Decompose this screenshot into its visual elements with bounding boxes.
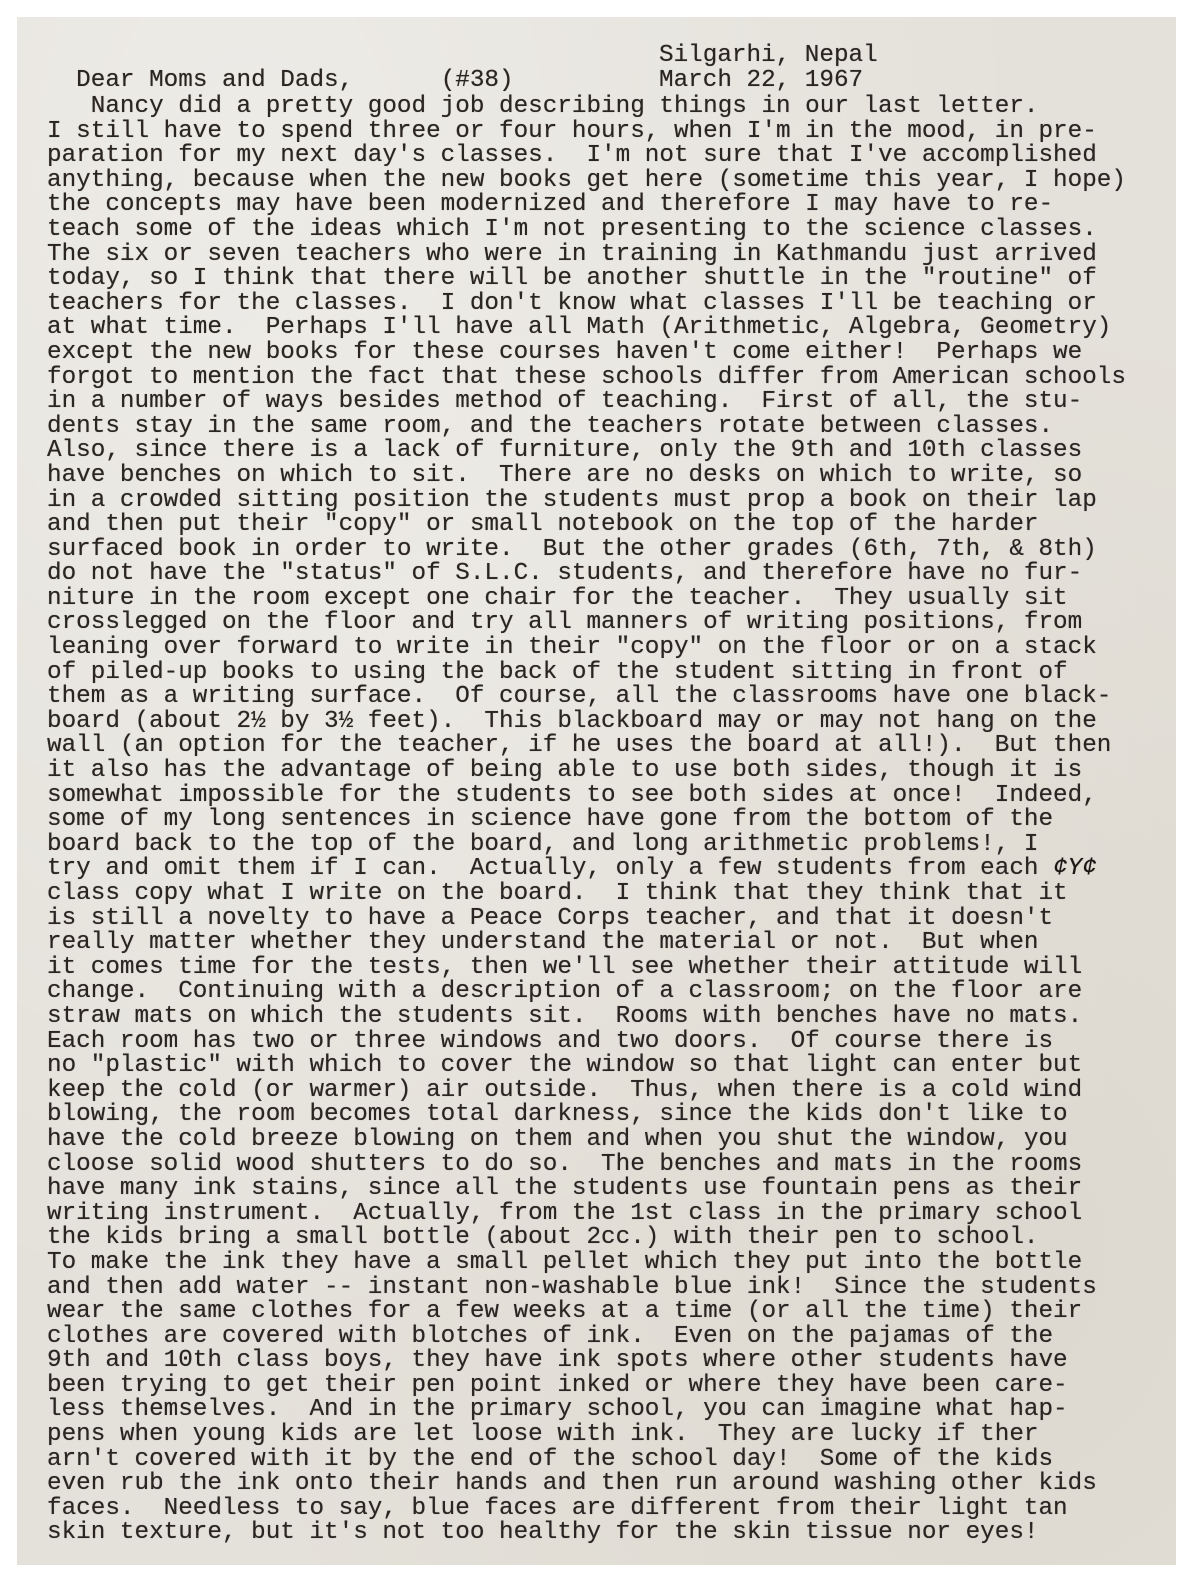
letter-line: class copy what I write on the board. I …	[47, 882, 1126, 907]
letter-line: been trying to get their pen point inked…	[47, 1374, 1126, 1399]
letter-line: and then add water -- instant non-washab…	[47, 1276, 1126, 1301]
letter-line: board back to the top of the board, and …	[47, 833, 1126, 858]
letter-line: have benches on which to sit. There are …	[47, 464, 1126, 489]
letter-line: straw mats on which the students sit. Ro…	[47, 1005, 1126, 1030]
letter-line: forgot to mention the fact that these sc…	[47, 366, 1126, 391]
letter-line: Also, since there is a lack of furniture…	[47, 439, 1126, 464]
letter-body: Nancy did a pretty good job describing t…	[47, 95, 1126, 1546]
letter-place: Silgarhi, Nepal	[659, 42, 878, 69]
letter-line: less themselves. And in the primary scho…	[47, 1398, 1126, 1423]
letter-line: crosslegged on the floor and try all man…	[47, 611, 1126, 636]
letter-line: Nancy did a pretty good job describing t…	[47, 95, 1126, 120]
letter-line: except the new books for these courses h…	[47, 341, 1126, 366]
letter-line: in a number of ways besides method of te…	[47, 390, 1126, 415]
letter-line: it also has the advantage of being able …	[47, 759, 1126, 784]
letter-line: To make the ink they have a small pellet…	[47, 1251, 1126, 1276]
salutation-line: Dear Moms and Dads, (#38)	[47, 69, 514, 94]
letter-line: even rub the ink onto their hands and th…	[47, 1472, 1126, 1497]
letter-line: wear the same clothes for a few weeks at…	[47, 1300, 1126, 1325]
letter-line: it comes time for the tests, then we'll …	[47, 956, 1126, 981]
letter-line: Each room has two or three windows and t…	[47, 1030, 1126, 1055]
letter-number: (#38)	[441, 67, 514, 94]
letter-line: no "plastic" with which to cover the win…	[47, 1054, 1126, 1079]
letter-line: faces. Needless to say, blue faces are d…	[47, 1497, 1126, 1522]
letter-line: and then put their "copy" or small noteb…	[47, 513, 1126, 538]
letter-header: Silgarhi, Nepal March 22, 1967	[659, 44, 878, 93]
letter-line: niture in the room except one chair for …	[47, 587, 1126, 612]
letter-line: leaning over forward to write in their "…	[47, 636, 1126, 661]
letter-line: have the cold breeze blowing on them and…	[47, 1128, 1126, 1153]
letter-line: paration for my next day's classes. I'm …	[47, 144, 1126, 169]
letter-line: in a crowded sitting position the studen…	[47, 489, 1126, 514]
letter-line: today, so I think that there will be ano…	[47, 267, 1126, 292]
letter-line: surfaced book in order to write. But the…	[47, 538, 1126, 563]
letter-line: skin texture, but it's not too healthy f…	[47, 1521, 1126, 1546]
letter-line: anything, because when the new books get…	[47, 169, 1126, 194]
letter-line: them as a writing surface. Of course, al…	[47, 685, 1126, 710]
letter-line: really matter whether they understand th…	[47, 931, 1126, 956]
letter-line: cloose solid wood shutters to do so. The…	[47, 1153, 1126, 1178]
letter-line: board (about 2½ by 3½ feet). This blackb…	[47, 710, 1126, 735]
letter-line: blowing, the room becomes total darkness…	[47, 1103, 1126, 1128]
letter-line: wall (an option for the teacher, if he u…	[47, 734, 1126, 759]
letter-line: writing instrument. Actually, from the 1…	[47, 1202, 1126, 1227]
letter-line: clothes are covered with blotches of ink…	[47, 1325, 1126, 1350]
letter-line: try and omit them if I can. Actually, on…	[47, 857, 1126, 882]
letter-line: keep the cold (or warmer) air outside. T…	[47, 1079, 1126, 1104]
letter-line: of piled-up books to using the back of t…	[47, 661, 1126, 686]
letter-line: dents stay in the same room, and the tea…	[47, 415, 1126, 440]
struck-out-text: ¢Y¢	[1038, 855, 1096, 882]
letter-line: at what time. Perhaps I'll have all Math…	[47, 316, 1126, 341]
letter-line: is still a novelty to have a Peace Corps…	[47, 907, 1126, 932]
letter-line: pens when young kids are let loose with …	[47, 1423, 1126, 1448]
letter-line: do not have the "status" of S.L.C. stude…	[47, 562, 1126, 587]
letter-line: teach some of the ideas which I'm not pr…	[47, 218, 1126, 243]
letter-line: 9th and 10th class boys, they have ink s…	[47, 1349, 1126, 1374]
letter-line: teachers for the classes. I don't know w…	[47, 292, 1126, 317]
letter-line: have many ink stains, since all the stud…	[47, 1177, 1126, 1202]
letter-date: March 22, 1967	[659, 67, 863, 94]
letter-line: I still have to spend three or four hour…	[47, 120, 1126, 145]
letter-line: the concepts may have been modernized an…	[47, 193, 1126, 218]
letter-line: change. Continuing with a description of…	[47, 980, 1126, 1005]
letter-page: Silgarhi, Nepal March 22, 1967 Dear Moms…	[17, 17, 1176, 1565]
letter-line: the kids bring a small bottle (about 2cc…	[47, 1226, 1126, 1251]
letter-line: arn't covered with it by the end of the …	[47, 1448, 1126, 1473]
letter-line: The six or seven teachers who were in tr…	[47, 243, 1126, 268]
salutation: Dear Moms and Dads,	[76, 67, 353, 94]
letter-line: somewhat impossible for the students to …	[47, 784, 1126, 809]
letter-line: some of my long sentences in science hav…	[47, 808, 1126, 833]
